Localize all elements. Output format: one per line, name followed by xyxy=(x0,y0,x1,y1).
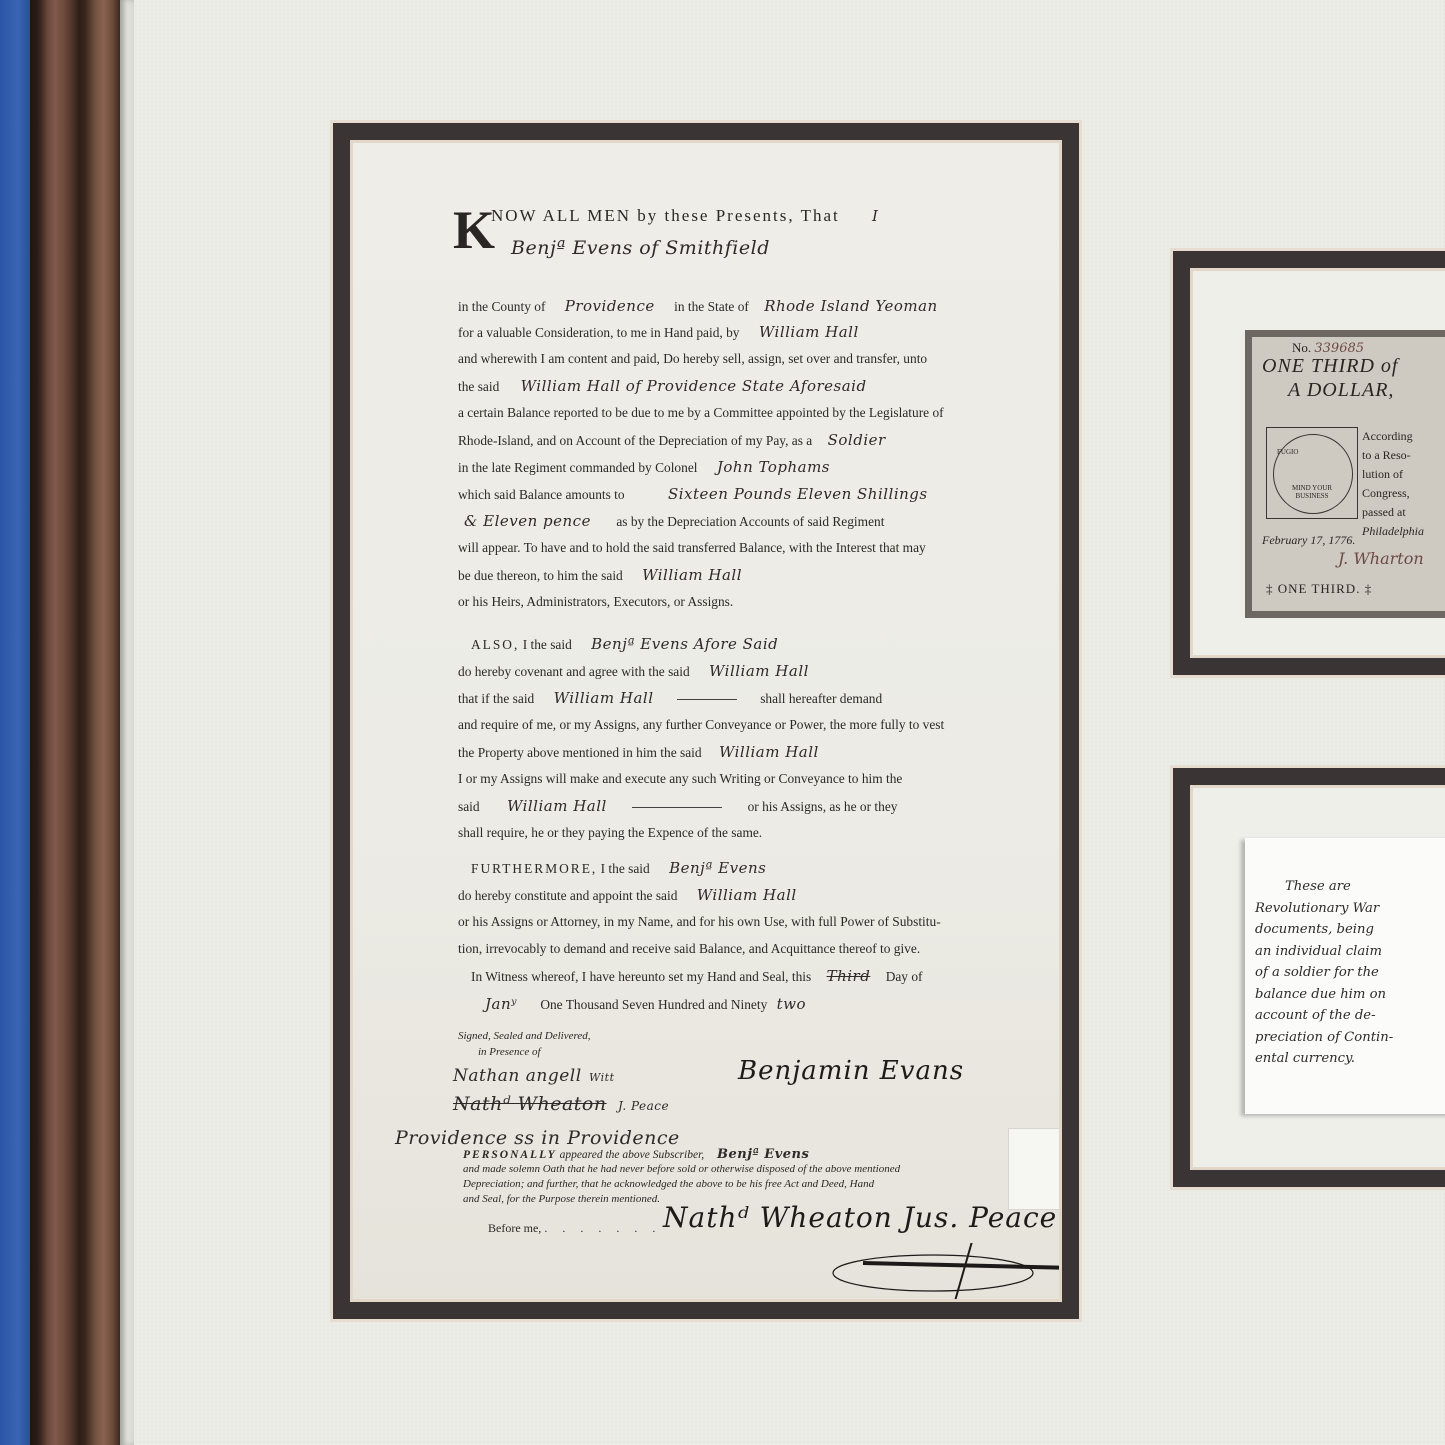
blue-wall xyxy=(0,0,30,1445)
seal-purpose-line: and Seal, for the Purpose therein mentio… xyxy=(463,1192,660,1207)
before-me: Before me, . . . . . . . xyxy=(488,1215,661,1242)
doc-line-rhode-island: Rhode-Island, and on Account of the Depr… xyxy=(458,427,886,455)
drop-cap: K xyxy=(453,205,495,255)
fugio-sundial-emblem: FUGIO MIND YOUR BUSINESS xyxy=(1266,427,1358,519)
note-title-1: ONE THIRD of xyxy=(1262,355,1398,378)
blank-rule xyxy=(677,699,737,700)
doc-line-date: Janʸ One Thousand Seven Hundred and Nine… xyxy=(485,991,806,1019)
currency-mat-window: No. 339685 ONE THIRD of A DOLLAR, FUGIO … xyxy=(1170,248,1445,678)
doc-line-property: the Property above mentioned in him the … xyxy=(458,739,819,767)
doc-line-amount: which said Balance amounts to Sixteen Po… xyxy=(458,481,928,509)
calligraphy-placard: These are Revolutionary War documents, b… xyxy=(1245,838,1445,1114)
doc-line-attorney: or his Assigns or Attorney, in my Name, … xyxy=(458,909,941,936)
doc-line-consideration: for a valuable Consideration, to me in H… xyxy=(458,319,859,347)
frame-fillet xyxy=(120,0,134,1445)
document-mat-window: K NOW ALL MEN by these Presents, That I … xyxy=(330,120,1082,1322)
doc-line-also: ALSO, I the said Benjª Evens Afore Said xyxy=(471,631,778,659)
placard-text: These are Revolutionary War documents, b… xyxy=(1255,876,1445,1070)
document-inner-bevel: K NOW ALL MEN by these Presents, That I … xyxy=(350,140,1062,1302)
doc-line-due-thereon: be due thereon, to him the said William … xyxy=(458,562,742,590)
doc-line-execute: I or my Assigns will make and execute an… xyxy=(458,766,902,793)
serial-number: No. 339685 xyxy=(1292,340,1364,356)
doc-line-the-said: the said William Hall of Providence Stat… xyxy=(458,373,867,401)
benjamin-evans-signature: Benjamin Evans xyxy=(738,1058,964,1085)
doc-line-transfer: and wherewith I am content and paid, Do … xyxy=(458,346,927,373)
doc-line-furthermore: FURTHERMORE, I the said Benjª Evens xyxy=(471,855,766,883)
witness-2: Nathᵈ Wheaton J. Peace xyxy=(453,1091,669,1120)
currency-inner-bevel: No. 339685 ONE THIRD of A DOLLAR, FUGIO … xyxy=(1190,268,1445,658)
witness-1: Nathan angell Witt xyxy=(453,1063,615,1092)
continental-currency-note: No. 339685 ONE THIRD of A DOLLAR, FUGIO … xyxy=(1245,330,1445,618)
depreciation-claim-document: K NOW ALL MEN by these Presents, That I … xyxy=(353,143,1059,1299)
doc-line-pence: & Eleven pence as by the Depreciation Ac… xyxy=(458,508,884,536)
doc-line-if-said: that if the said William Hall shall here… xyxy=(458,685,882,713)
placard-inner-bevel: These are Revolutionary War documents, b… xyxy=(1190,785,1445,1170)
personally-paragraph: PERSONALLY appeared the above Subscriber… xyxy=(463,1147,809,1163)
presence-label: in Presence of xyxy=(478,1039,541,1066)
doc-line-appear: will appear. To have and to hold the sai… xyxy=(458,535,926,562)
doc-line-witness: In Witness whereof, I have hereunto set … xyxy=(471,963,923,991)
resolution-text: According to a Reso- lution of Congress,… xyxy=(1362,427,1424,541)
doc-line-said-assigns: said William Hall or his Assigns, as he … xyxy=(458,793,897,821)
seal-paper-tab xyxy=(1008,1128,1062,1210)
note-signature: J. Wharton xyxy=(1338,549,1424,568)
doc-line-balance: a certain Balance reported to be due to … xyxy=(458,400,944,427)
note-title-2: A DOLLAR, xyxy=(1288,379,1394,402)
doc-line-2: Benjª Evens of Smithfield xyxy=(511,235,770,264)
doc-line-county: in the County of Providence in the State… xyxy=(458,293,938,321)
blank-rule xyxy=(632,807,722,808)
sundial-icon xyxy=(1273,434,1353,514)
doc-line-require: and require of me, or my Assigns, any fu… xyxy=(458,712,944,739)
note-date: February 17, 1776. xyxy=(1262,533,1355,548)
doc-line-regiment: in the late Regiment commanded by Colone… xyxy=(458,454,830,482)
depreciation-line: Depreciation; and further, that he ackno… xyxy=(463,1177,874,1192)
doc-line-constitute: do hereby constitute and appoint the sai… xyxy=(458,882,797,910)
note-footer: ‡ ONE THIRD. ‡ xyxy=(1266,581,1372,597)
signature-flourish xyxy=(823,1243,1062,1302)
placard-mat-window: These are Revolutionary War documents, b… xyxy=(1170,765,1445,1190)
doc-line-1: NOW ALL MEN by these Presents, That I xyxy=(491,203,878,230)
wood-frame xyxy=(30,0,120,1445)
doc-line-irrevocably: tion, irrevocably to demand and receive … xyxy=(458,936,920,963)
oath-line: and made solemn Oath that he had never b… xyxy=(463,1162,900,1177)
doc-line-expence: shall require, he or they paying the Exp… xyxy=(458,820,762,847)
justice-signature: Nathᵈ Wheaton Jus. Peace xyxy=(663,1205,1057,1232)
doc-line-heirs: or his Heirs, Administrators, Executors,… xyxy=(458,589,733,616)
doc-line-covenant: do hereby covenant and agree with the sa… xyxy=(458,658,809,686)
